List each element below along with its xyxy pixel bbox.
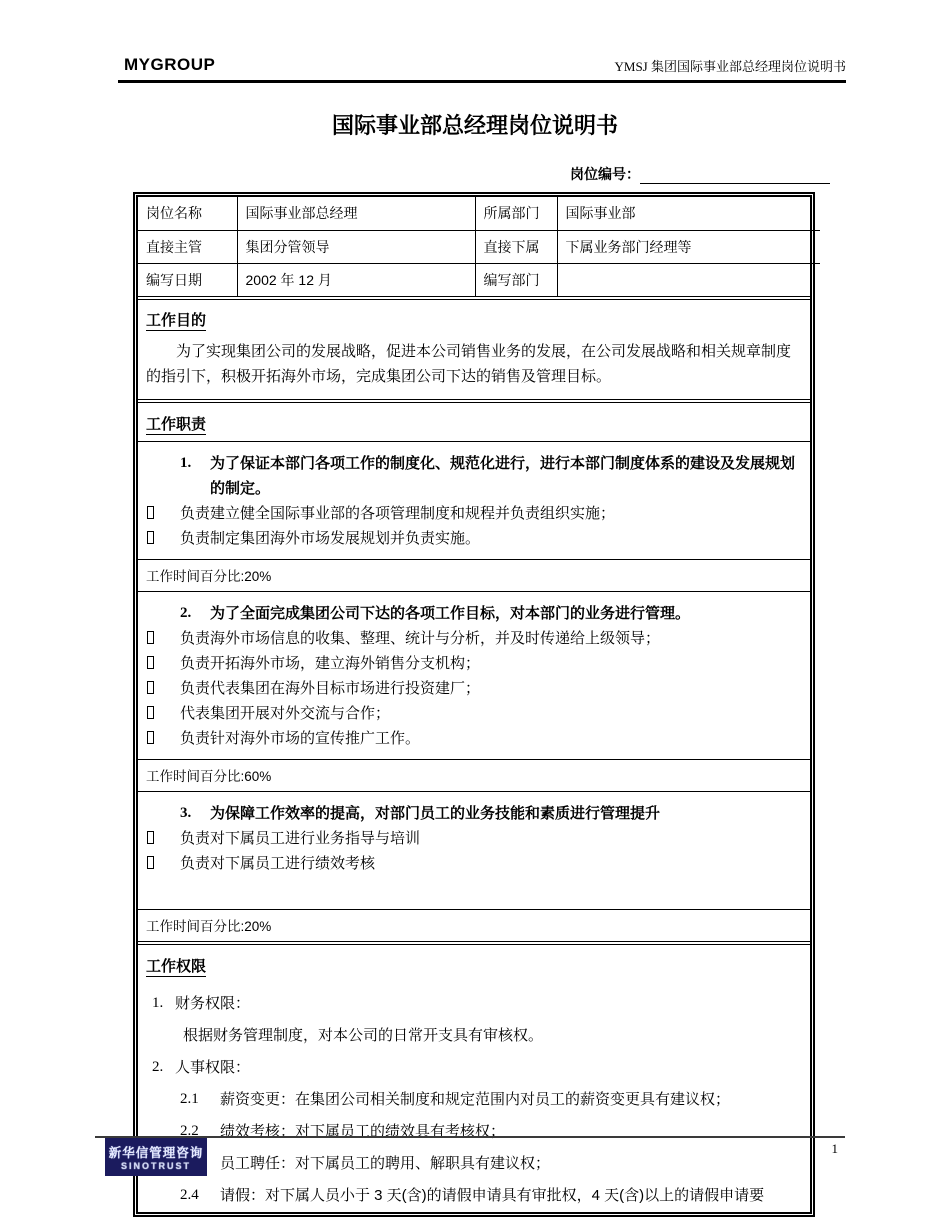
job-description-table: 岗位名称 国际事业部总经理 所属部门 国际事业部 直接主管 集团分管领导 直接下… [133,192,815,1217]
duty-item-2: 2. 为了全面完成集团公司下达的各项工作目标，对本部门的业务进行管理。 负责海外… [138,592,810,759]
info-label-subordinate: 直接下属 [475,230,557,263]
info-value-write-dept [557,263,820,296]
authority-item-2: 2. 人事权限： [146,1055,802,1080]
info-value-supervisor: 集团分管领导 [237,230,475,263]
sinotrust-logo: 新华信管理咨询 SINOTRUST [105,1138,207,1176]
duty-1-time-percentage: 工作时间百分比:20% [138,559,810,592]
company-logo: MYGROUP [124,55,215,75]
work-purpose-heading: 工作目的 [146,309,802,330]
document-page: MYGROUP YMSJ 集团国际事业部总经理岗位说明书 国际事业部总经理岗位说… [0,0,950,1230]
position-code-row: 岗位编号： [0,164,830,184]
header-rule [118,80,846,83]
info-value-subordinate: 下属业务部门经理等 [557,230,820,263]
bullet-icon [147,681,154,694]
position-code-label: 岗位编号： [570,164,640,184]
page-number: 1 [832,1141,839,1157]
list-item: 负责代表集团在海外目标市场进行投资建厂； [138,676,804,701]
duty-1-title-row: 1. 为了保证本部门各项工作的制度化、规范化进行，进行本部门制度体系的建设及发展… [138,451,804,501]
authority-subitem-2-2: 2.2 绩效考核：对下属员工的绩效具有考核权； [146,1119,802,1144]
table-row: 岗位名称 国际事业部总经理 所属部门 国际事业部 [138,197,820,230]
list-item: 负责对下属员工进行业务指导与培训 [138,826,804,851]
info-value-department: 国际事业部 [557,197,820,230]
duty-2-number: 2. [180,601,210,626]
footer-rule [95,1136,845,1138]
header-doc-reference: YMSJ 集团国际事业部总经理岗位说明书 [615,56,847,75]
work-authority-heading: 工作权限 [146,955,802,976]
list-item: 负责开拓海外市场，建立海外销售分支机构； [138,651,804,676]
bullet-icon [147,831,154,844]
authority-1-label: 财务权限： [175,991,802,1016]
authority-2-number: 2. [152,1055,175,1080]
duty-2-title-row: 2. 为了全面完成集团公司下达的各项工作目标，对本部门的业务进行管理。 [138,601,804,626]
duty-1-number: 1. [180,451,210,501]
info-value-write-date: 2002 年 12 月 [237,263,475,296]
list-item: 负责针对海外市场的宣传推广工作。 [138,726,804,751]
list-item: 负责建立健全国际事业部的各项管理制度和规程并负责组织实施； [138,501,804,526]
list-item: 负责海外市场信息的收集、整理、统计与分析，并及时传递给上级领导； [138,626,804,651]
duty-3-time-percentage: 工作时间百分比:20% [138,909,810,941]
authority-1-number: 1. [152,991,175,1016]
info-label-department: 所属部门 [475,197,557,230]
duty-1-title: 为了保证本部门各项工作的制度化、规范化进行，进行本部门制度体系的建设及发展规划的… [210,451,804,501]
blank-line [138,876,804,901]
page-header: MYGROUP YMSJ 集团国际事业部总经理岗位说明书 [0,0,950,75]
bullet-icon [147,706,154,719]
info-label-write-date: 编写日期 [138,263,237,296]
authority-item-1: 1. 财务权限： [146,991,802,1016]
info-label-write-dept: 编写部门 [475,263,557,296]
bullet-icon [147,631,154,644]
list-item: 代表集团开展对外交流与合作； [138,701,804,726]
bullet-icon [147,506,154,519]
document-title: 国际事业部总经理岗位说明书 [0,109,950,140]
authority-2-label: 人事权限： [175,1055,802,1080]
work-purpose-text: 为了实现集团公司的发展战略，促进本公司销售业务的发展，在公司发展战略和相关规章制… [146,339,802,389]
footer-logo-chinese: 新华信管理咨询 [105,1143,207,1161]
list-item: 负责对下属员工进行绩效考核 [138,851,804,876]
footer-logo-english: SINOTRUST [105,1161,207,1171]
authority-subitem-2-3: 2.3 员工聘任：对下属员工的聘用、解职具有建议权； [146,1151,802,1176]
info-label-supervisor: 直接主管 [138,230,237,263]
basic-info-grid: 岗位名称 国际事业部总经理 所属部门 国际事业部 直接主管 集团分管领导 直接下… [138,197,820,296]
table-row: 编写日期 2002 年 12 月 编写部门 [138,263,820,296]
duty-2-title: 为了全面完成集团公司下达的各项工作目标，对本部门的业务进行管理。 [210,601,804,626]
work-duties-heading: 工作职责 [138,403,810,442]
duty-item-1: 1. 为了保证本部门各项工作的制度化、规范化进行，进行本部门制度体系的建设及发展… [138,442,810,559]
duty-3-title-row: 3. 为保障工作效率的提高，对部门员工的业务技能和素质进行管理提升 [138,801,804,826]
info-label-position-name: 岗位名称 [138,197,237,230]
authority-subitem-2-4: 2.4 请假：对下属人员小于 3 天(含)的请假申请具有审批权，4 天(含)以上… [146,1183,802,1208]
work-authority-section: 工作权限 1. 财务权限： 根据财务管理制度，对本公司的日常开支具有审核权。 2… [138,941,810,1212]
duty-3-title: 为保障工作效率的提高，对部门员工的业务技能和素质进行管理提升 [210,801,804,826]
table-row: 直接主管 集团分管领导 直接下属 下属业务部门经理等 [138,230,820,263]
list-item: 负责制定集团海外市场发展规划并负责实施。 [138,526,804,551]
work-duties-section: 工作职责 1. 为了保证本部门各项工作的制度化、规范化进行，进行本部门制度体系的… [138,399,810,941]
bullet-icon [147,731,154,744]
basic-info-section: 岗位名称 国际事业部总经理 所属部门 国际事业部 直接主管 集团分管领导 直接下… [138,197,810,296]
work-purpose-section: 工作目的 为了实现集团公司的发展战略，促进本公司销售业务的发展，在公司发展战略和… [138,296,810,399]
duty-3-number: 3. [180,801,210,826]
bullet-icon [147,856,154,869]
duty-2-time-percentage: 工作时间百分比:60% [138,759,810,792]
authority-subitem-2-1: 2.1 薪资变更：在集团公司相关制度和规定范围内对员工的薪资变更具有建议权； [146,1087,802,1112]
bullet-icon [147,656,154,669]
bullet-icon [147,531,154,544]
authority-item-1-detail: 根据财务管理制度，对本公司的日常开支具有审核权。 [146,1023,802,1048]
info-value-position-name: 国际事业部总经理 [237,197,475,230]
duty-item-3: 3. 为保障工作效率的提高，对部门员工的业务技能和素质进行管理提升 负责对下属员… [138,792,810,909]
position-code-blank [640,168,830,184]
